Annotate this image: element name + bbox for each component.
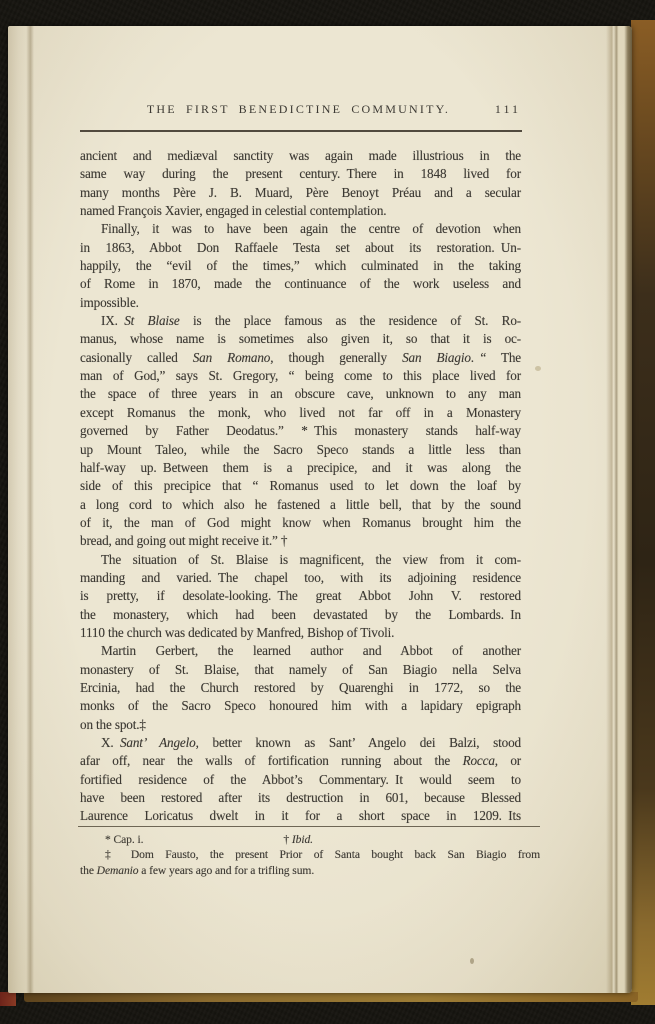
text-line: except Romanus the monk, who lived not f… xyxy=(80,404,521,422)
paper-blemish xyxy=(470,958,474,964)
footnote-line: ‡ Dom Fausto, the present Prior of Santa… xyxy=(80,847,540,862)
text-run: , though generally xyxy=(270,350,402,365)
text-run: casionally called xyxy=(80,350,193,365)
text-run: up Mount Taleo, while the Sacro Speco st… xyxy=(80,442,521,457)
text-line: afar off, near the walls of fortificatio… xyxy=(80,752,521,770)
text-line: is pretty, if desolate-looking. The grea… xyxy=(80,587,521,605)
text-line: bread, and going out might receive it.” … xyxy=(80,532,521,550)
italic-text-run: Demanio xyxy=(97,864,139,877)
text-line: many months Père J. B. Muard, Père Benoy… xyxy=(80,184,521,202)
text-line: manding and varied. The chapel too, with… xyxy=(80,569,521,587)
text-run: the space of three years in an obscure c… xyxy=(80,386,521,401)
text-run: ‡ Dom Fausto, the present Prior of Santa… xyxy=(105,848,540,861)
text-run: is pretty, if desolate-looking. The grea… xyxy=(80,588,521,603)
text-run: IX. xyxy=(101,313,124,328)
text-run: , or xyxy=(495,753,521,768)
text-line: fortified residence of the Abbot’s Comme… xyxy=(80,771,521,789)
text-run: the monastery, which had been devastated… xyxy=(80,607,521,622)
footnote-rule xyxy=(78,826,540,827)
italic-text-run: Rocca xyxy=(463,753,495,768)
text-line: Martin Gerbert, the learned author and A… xyxy=(80,642,521,660)
italic-text-run: Sant’ Angelo xyxy=(120,735,196,750)
text-run: side of this precipice that “ Romanus us… xyxy=(80,478,521,493)
text-line: Laurence Loricatus dwelt in it for a sho… xyxy=(80,807,521,825)
text-run: The situation of St. Blaise is magnifice… xyxy=(101,552,521,567)
text-run: a few years ago and for a trifling sum. xyxy=(138,864,314,877)
header-rule xyxy=(80,130,522,132)
text-line: 1110 the church was dedicated by Manfred… xyxy=(80,624,521,642)
text-line: The situation of St. Blaise is magnifice… xyxy=(80,551,521,569)
text-run: monks of the Sacro Speco honoured him wi… xyxy=(80,698,521,713)
text-line: side of this precipice that “ Romanus us… xyxy=(80,477,521,495)
footnote-line: the Demanio a few years ago and for a tr… xyxy=(80,863,540,878)
text-line: the monastery, which had been devastated… xyxy=(80,606,521,624)
text-line: named François Xavier, engaged in celest… xyxy=(80,202,521,220)
text-line: half-way up. Between them is a precipice… xyxy=(80,459,521,477)
text-run: Laurence Loricatus dwelt in it for a sho… xyxy=(80,808,521,823)
text-run: † xyxy=(283,833,292,846)
text-run: , better known as Sant’ Angelo dei Balzi… xyxy=(196,735,521,750)
italic-text-run: Ibid. xyxy=(292,833,313,846)
text-run: except Romanus the monk, who lived not f… xyxy=(80,405,521,420)
italic-text-run: St Blaise xyxy=(124,313,179,328)
text-run: on the spot.‡ xyxy=(80,717,146,732)
text-line: X. Sant’ Angelo, better known as Sant’ A… xyxy=(80,734,521,752)
text-run: afar off, near the walls of fortificatio… xyxy=(80,753,463,768)
text-run: Ercinia, had the Church restored by Quar… xyxy=(80,680,521,695)
text-run: half-way up. Between them is a precipice… xyxy=(80,460,521,475)
text-run: happily, the “evil of the times,” which … xyxy=(80,258,521,273)
text-run: governed by Father Deodatus.” * This mon… xyxy=(80,423,521,438)
text-line: ancient and mediæval sanctity was again … xyxy=(80,147,521,165)
text-run: * Cap. i. xyxy=(105,833,143,846)
text-run: monastery of St. Blaise, that namely of … xyxy=(80,662,521,677)
text-run: many months Père J. B. Muard, Père Benoy… xyxy=(80,185,521,200)
text-line: casionally called San Romano, though gen… xyxy=(80,349,521,367)
text-run: same way during the present century. The… xyxy=(80,166,521,181)
text-line: a long cord to which also he fastened a … xyxy=(80,496,521,514)
text-run: fortified residence of the Abbot’s Comme… xyxy=(80,772,521,787)
text-run: bread, and going out might receive it.” … xyxy=(80,533,287,548)
text-line: impossible. xyxy=(80,294,521,312)
text-run: of it, the man of God might know when Ro… xyxy=(80,515,521,530)
text-line: Ercinia, had the Church restored by Quar… xyxy=(80,679,521,697)
italic-text-run: San Biagio xyxy=(402,350,471,365)
text-run: have been restored after its destruction… xyxy=(80,790,521,805)
running-header-title: THE FIRST BENEDICTINE COMMUNITY. xyxy=(80,102,475,117)
text-run: man of God,” says St. Gregory, “ being c… xyxy=(80,368,521,383)
italic-text-run: San Romano xyxy=(193,350,270,365)
text-line: IX. St Blaise is the place famous as the… xyxy=(80,312,521,330)
text-line: in 1863, Abbot Don Raffaele Testa set ab… xyxy=(80,239,521,257)
text-line: of Rome in 1870, made the continuance of… xyxy=(80,275,521,293)
text-run: is the place famous as the residence of … xyxy=(180,313,521,328)
text-run: X. xyxy=(101,735,120,750)
body-text: ancient and mediæval sanctity was again … xyxy=(80,147,521,826)
page-number: 111 xyxy=(475,102,521,117)
footnote-line: * Cap. i.† Ibid. xyxy=(80,832,540,847)
text-run: manus, whose name is sometimes also give… xyxy=(80,331,521,346)
text-line: manus, whose name is sometimes also give… xyxy=(80,330,521,348)
text-line: the space of three years in an obscure c… xyxy=(80,385,521,403)
text-run: Finally, it was to have been again the c… xyxy=(101,221,521,236)
page-stack-edge-right xyxy=(606,26,632,993)
text-line: governed by Father Deodatus.” * This mon… xyxy=(80,422,521,440)
text-line: have been restored after its destruction… xyxy=(80,789,521,807)
text-line: Finally, it was to have been again the c… xyxy=(80,220,521,238)
text-line: same way during the present century. The… xyxy=(80,165,521,183)
text-run: 1110 the church was dedicated by Manfred… xyxy=(80,625,394,640)
text-line: happily, the “evil of the times,” which … xyxy=(80,257,521,275)
book-cover-edge-right xyxy=(631,20,655,1005)
text-line: up Mount Taleo, while the Sacro Speco st… xyxy=(80,441,521,459)
text-line: of it, the man of God might know when Ro… xyxy=(80,514,521,532)
paper-blemish xyxy=(535,366,541,371)
text-line: man of God,” says St. Gregory, “ being c… xyxy=(80,367,521,385)
text-line: monastery of St. Blaise, that namely of … xyxy=(80,661,521,679)
text-run: ancient and mediæval sanctity was again … xyxy=(80,148,521,163)
running-header: THE FIRST BENEDICTINE COMMUNITY. 111 xyxy=(80,102,521,118)
text-run: in 1863, Abbot Don Raffaele Testa set ab… xyxy=(80,240,521,255)
text-line: monks of the Sacro Speco honoured him wi… xyxy=(80,697,521,715)
text-run: the xyxy=(80,864,97,877)
book-page: THE FIRST BENEDICTINE COMMUNITY. 111 anc… xyxy=(8,26,632,993)
text-run: impossible. xyxy=(80,295,139,310)
text-run: named François Xavier, engaged in celest… xyxy=(80,203,386,218)
text-run: Martin Gerbert, the learned author and A… xyxy=(101,643,521,658)
page-stack-edge-left xyxy=(8,26,34,993)
footnotes: * Cap. i.† Ibid.‡ Dom Fausto, the presen… xyxy=(80,832,540,878)
gilt-page-bottom-edge xyxy=(24,992,638,1002)
text-run: . “ The xyxy=(471,350,521,365)
text-line: on the spot.‡ xyxy=(80,716,521,734)
text-run: a long cord to which also he fastened a … xyxy=(80,497,521,512)
text-run: manding and varied. The chapel too, with… xyxy=(80,570,521,585)
text-run: of Rome in 1870, made the continuance of… xyxy=(80,276,521,291)
book-spine-red-sliver xyxy=(0,992,16,1006)
